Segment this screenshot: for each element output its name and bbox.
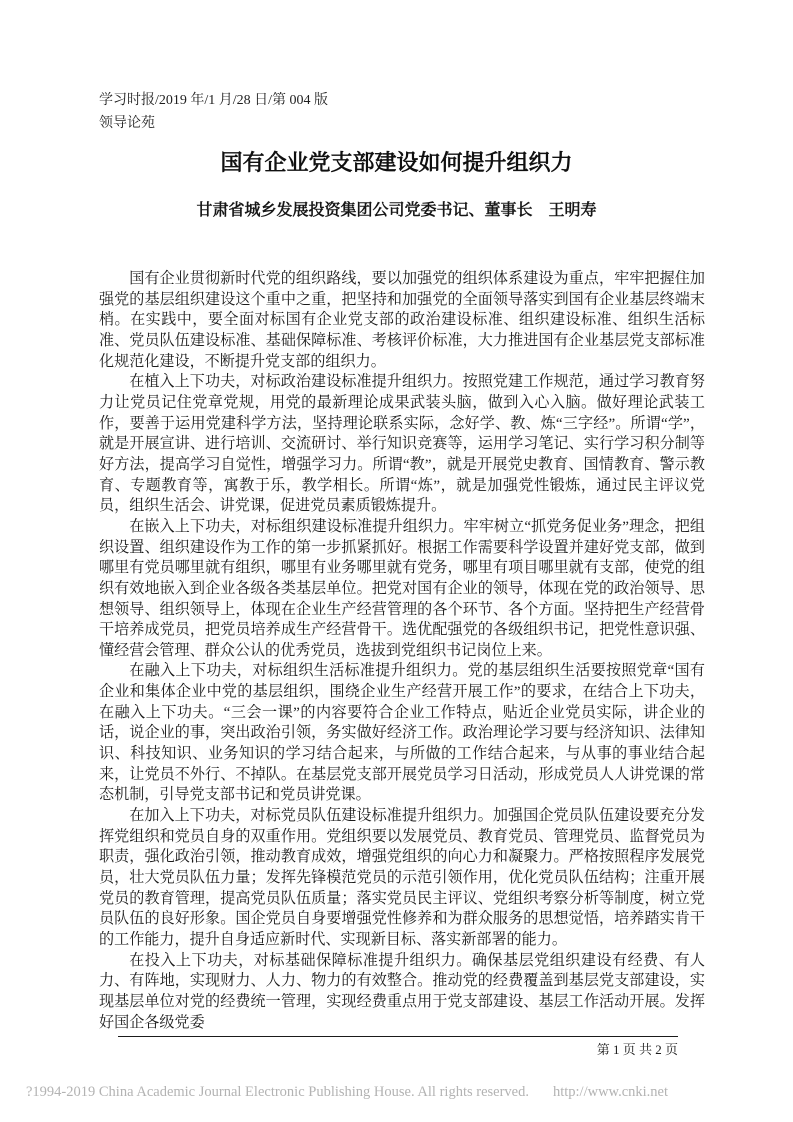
page-number: 第 1 页 共 2 页 xyxy=(597,1041,678,1059)
body-paragraph: 在植入上下功夫，对标政治建设标准提升组织力。按照党建工作规范，通过学习教育努力让… xyxy=(99,372,705,517)
header-column-line: 领导论苑 xyxy=(99,112,328,135)
watermark-text: ?1994-2019 China Academic Journal Electr… xyxy=(26,1084,529,1100)
watermark-url: http://www.cnki.net xyxy=(553,1084,668,1100)
watermark: ?1994-2019 China Academic Journal Electr… xyxy=(26,1083,766,1102)
body-paragraph: 在加入上下功夫，对标党员队伍建设标准提升组织力。加强国企党员队伍建设要充分发挥党… xyxy=(99,806,705,951)
document-page: 学习时报/2019 年/1 月/28 日/第 004 版 领导论苑 国有企业党支… xyxy=(0,0,793,1122)
body-paragraph: 在融入上下功夫，对标组织生活标准提升组织力。党的基层组织生活要按照党章“国有企业… xyxy=(99,661,705,806)
body-paragraph: 国有企业贯彻新时代党的组织路线，要以加强党的组织体系建设为重点，牢牢把握住加强党… xyxy=(99,269,705,372)
article-title: 国有企业党支部建设如何提升组织力 xyxy=(0,147,793,179)
body-paragraph: 在投入上下功夫，对标基础保障标准提升组织力。确保基层党组织建设有经费、有人力、有… xyxy=(99,951,705,1034)
document-header: 学习时报/2019 年/1 月/28 日/第 004 版 领导论苑 xyxy=(99,89,328,135)
header-source-line: 学习时报/2019 年/1 月/28 日/第 004 版 xyxy=(99,89,328,112)
footer-divider xyxy=(118,1036,678,1037)
body-paragraph: 在嵌入上下功夫，对标组织建设标准提升组织力。牢牢树立“抓党务促业务”理念，把组织… xyxy=(99,517,705,662)
article-byline: 甘肃省城乡发展投资集团公司党委书记、董事长 王明寿 xyxy=(0,198,793,224)
article-body: 国有企业贯彻新时代党的组织路线，要以加强党的组织体系建设为重点，牢牢把握住加强党… xyxy=(99,269,705,1033)
